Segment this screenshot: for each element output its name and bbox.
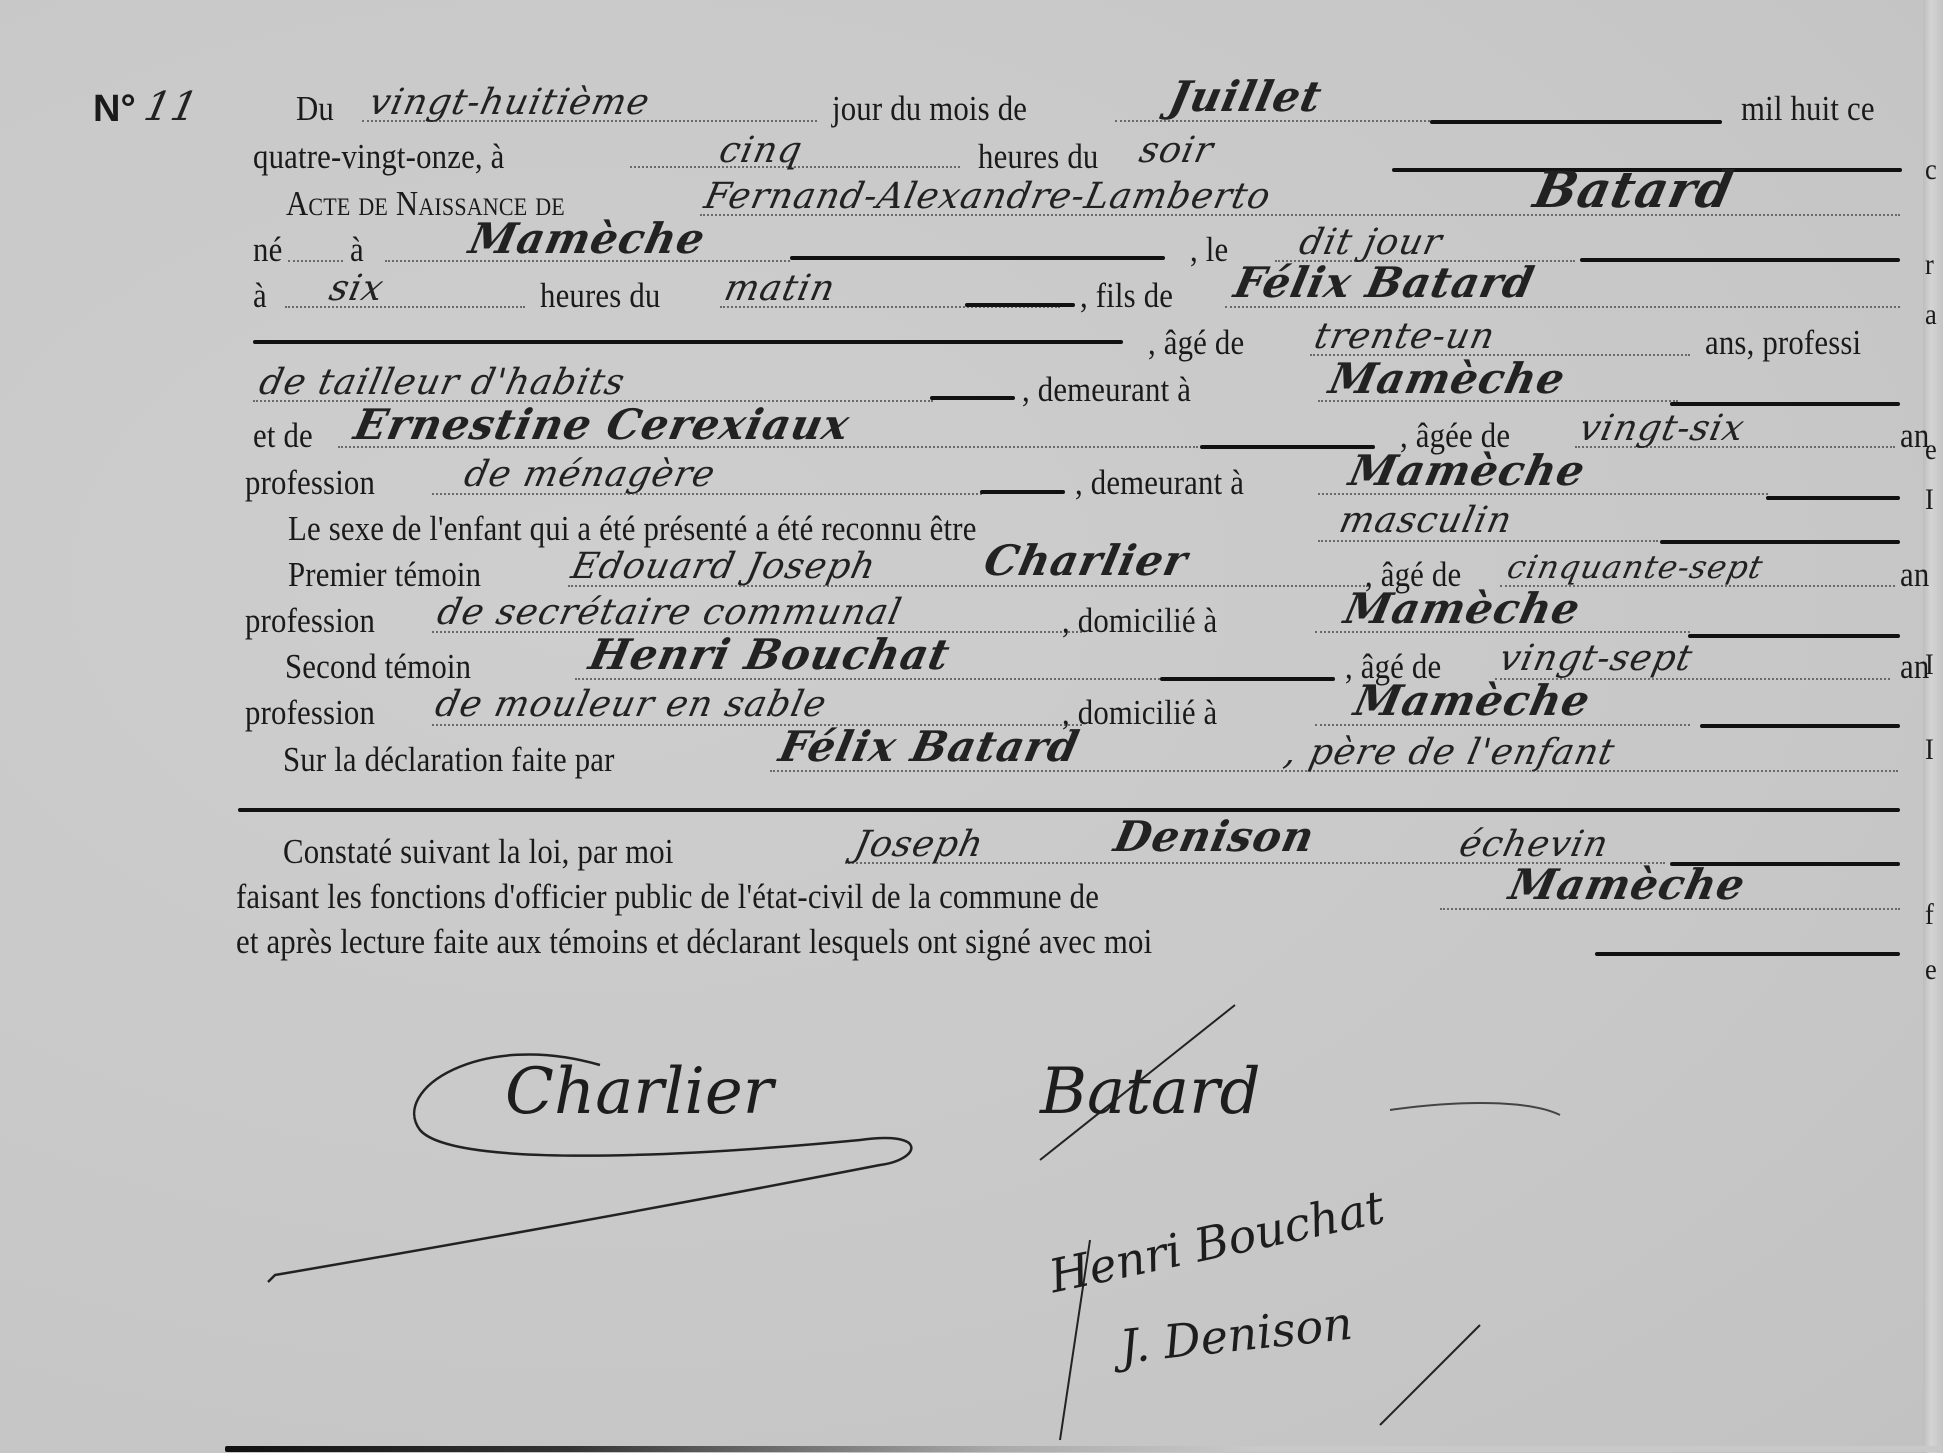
birth-certificate-page: N° 11 Du vingt-huitième jour du mois de … xyxy=(0,0,1943,1453)
signature-charlier: Charlier xyxy=(505,1055,773,1129)
signature-flourishes xyxy=(0,0,1943,1453)
signature-batard: Batard xyxy=(1040,1055,1261,1129)
bottom-rule xyxy=(225,1446,1943,1452)
